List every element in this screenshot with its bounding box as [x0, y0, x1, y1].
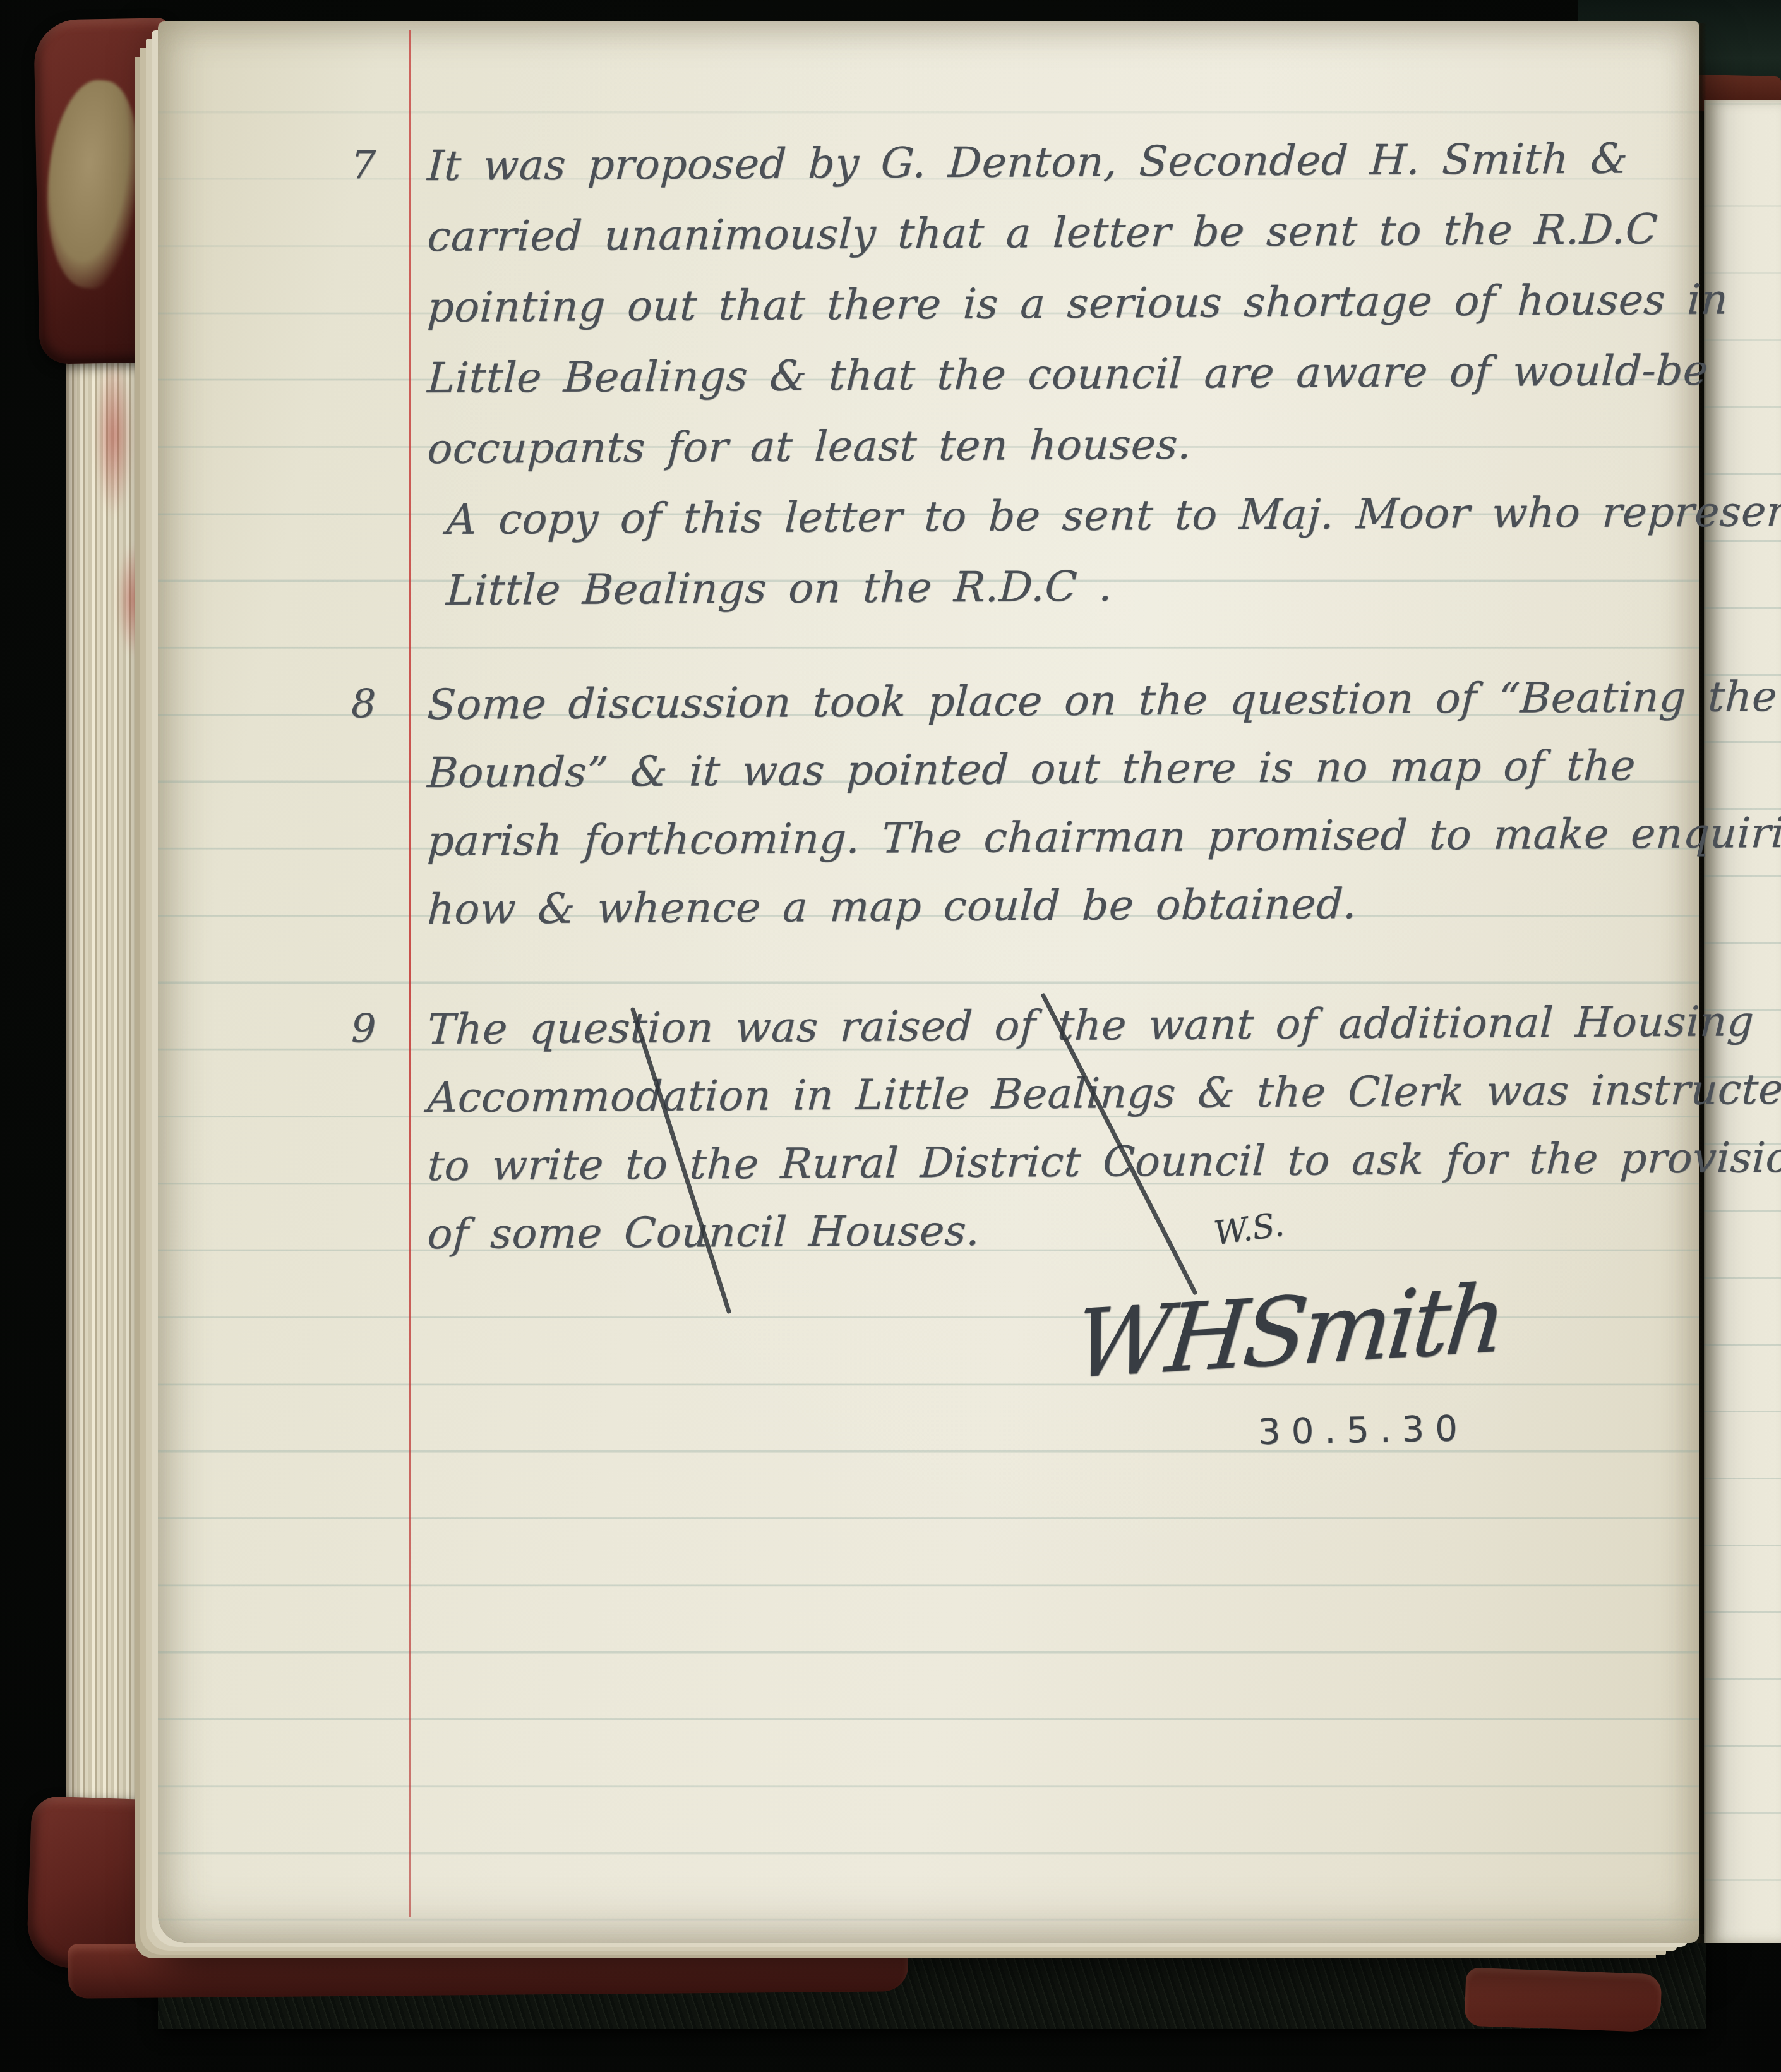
handwritten-line: occupants for at least ten houses.	[426, 420, 1192, 473]
signature-date: 30.5.30	[1257, 1408, 1468, 1453]
handwritten-line: Some discussion took place on the questi…	[426, 672, 1778, 729]
leather-bottom-right	[1464, 1968, 1662, 2033]
entry-number: 9	[351, 1005, 376, 1051]
strike-out-initials: W.S.	[1211, 1206, 1286, 1253]
handwritten-line: It was proposed by G. Denton, Seconded H…	[426, 134, 1629, 190]
handwritten-line: carried unanimously that a letter be sen…	[426, 205, 1659, 261]
handwritten-line: Little Bealings & that the council are a…	[426, 346, 1709, 402]
spine-leather-top-corner	[33, 18, 175, 364]
red-edge-marbling	[117, 543, 152, 657]
entry-number: 7	[351, 142, 376, 188]
handwritten-line: Bounds” & it was pointed out there is no…	[426, 741, 1637, 797]
minute-book-page: 7 It was proposed by G. Denton, Seconded…	[158, 21, 1699, 1943]
handwritten-line: to write to the Rural District Council t…	[426, 1133, 1781, 1190]
red-margin-line	[409, 30, 411, 1917]
red-edge-marbling	[95, 354, 133, 518]
handwritten-line: The question was raised of the want of a…	[426, 997, 1755, 1054]
worn-leather-patch	[39, 76, 145, 292]
minute-book-photo: 7 It was proposed by G. Denton, Seconded…	[0, 0, 1781, 2072]
leather-bottom-band	[68, 1937, 909, 1999]
handwritten-line: parish forthcoming. The chairman promise…	[426, 808, 1781, 865]
handwritten-line: Accommodation in Little Bealings & the C…	[426, 1065, 1781, 1122]
handwritten-line: pointing out that there is a serious sho…	[426, 275, 1729, 332]
handwritten-line: A copy of this letter to be sent to Maj.…	[445, 487, 1781, 544]
handwritten-line: Little Bealings on the R.D.C .	[445, 562, 1113, 615]
handwritten-line: how & whence a map could be obtained.	[426, 879, 1358, 934]
chairman-signature: WHSmith	[1070, 1264, 1506, 1400]
entry-number: 8	[351, 680, 376, 726]
handwritten-line: of some Council Houses.	[426, 1207, 981, 1258]
